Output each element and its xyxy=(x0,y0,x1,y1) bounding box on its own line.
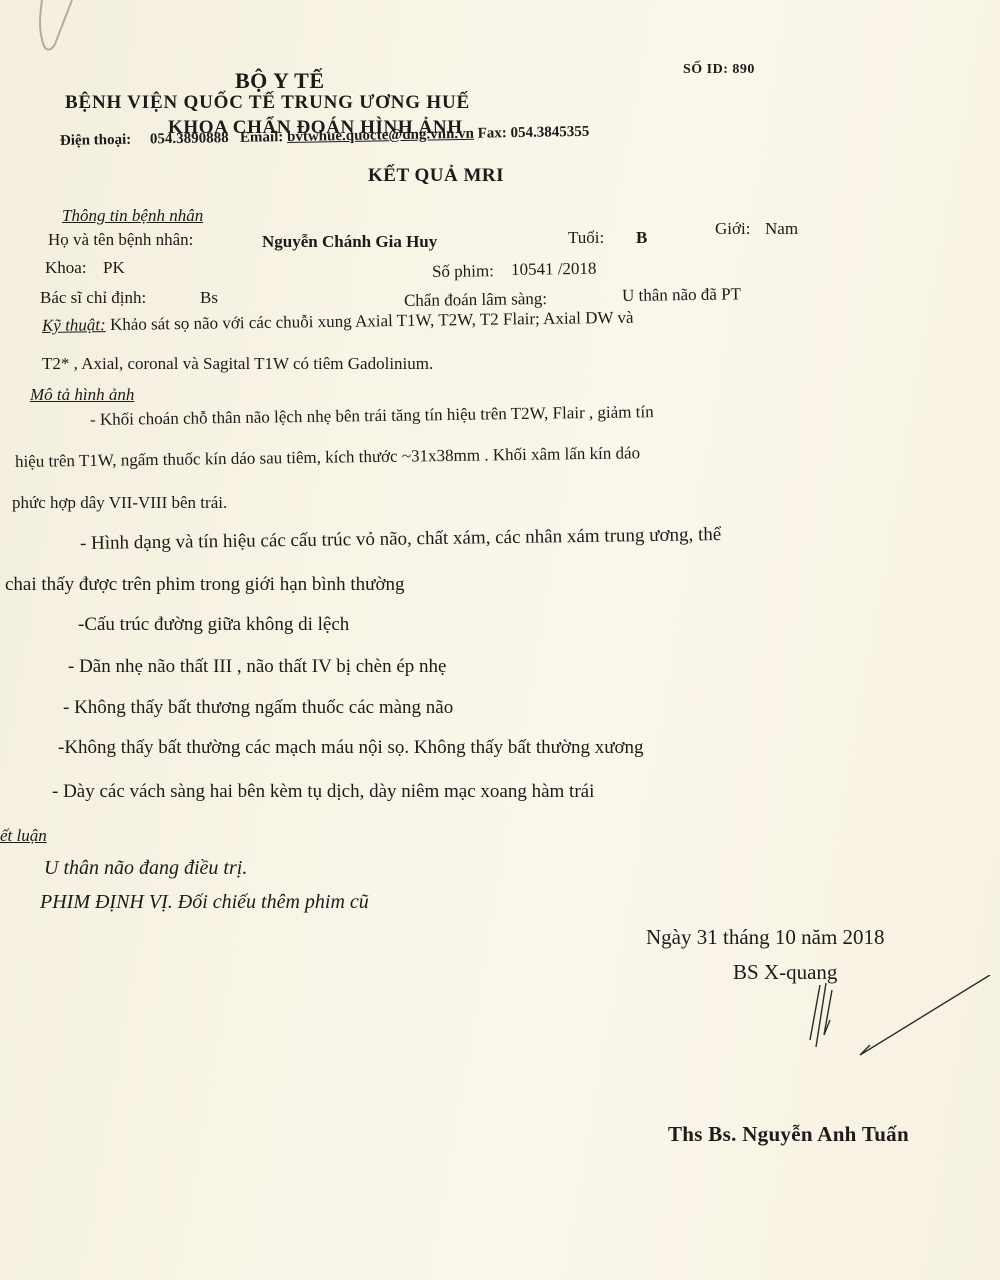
technique-text-1: Khảo sát sọ não với các chuỗi xung Axial… xyxy=(110,308,634,334)
description-line: hiệu trên T1W, ngấm thuốc kín dáo sau ti… xyxy=(15,443,640,472)
doctor-label: Bác sĩ chỉ định: xyxy=(40,288,146,308)
description-line: - Dãn nhẹ não thất III , não thất IV bị … xyxy=(68,656,446,678)
age-label: Tuổi: xyxy=(568,228,604,248)
pen-mark-icon xyxy=(30,0,90,55)
patient-section-title: Thông tin bệnh nhân xyxy=(62,206,203,226)
technique-line-1: Kỹ thuật: Khảo sát sọ não với các chuỗi … xyxy=(42,308,634,336)
id-value: 890 xyxy=(732,62,755,77)
conclusion-line-2: PHIM ĐỊNH VỊ. Đối chiếu thêm phim cũ xyxy=(40,891,369,914)
report-date: Ngày 31 tháng 10 năm 2018 xyxy=(646,925,885,950)
description-line: -Cấu trúc đường giữa không di lệch xyxy=(78,614,349,636)
gender-value: Nam xyxy=(765,219,798,239)
phone-label: Điện thoại: xyxy=(60,132,132,149)
description-line: - Khối choán chỗ thân não lệch nhẹ bên t… xyxy=(90,402,654,430)
diagnosis-value: U thân não đã PT xyxy=(622,284,741,306)
technique-label: Kỹ thuật: xyxy=(42,315,106,335)
age-value: B xyxy=(636,228,647,248)
description-line: chai thấy được trên phim trong giới hạn … xyxy=(5,574,405,596)
signature-icon xyxy=(790,975,1000,1065)
email-label: Email: xyxy=(240,129,284,146)
technique-line-2: T2* , Axial, coronal và Sagital T1W có t… xyxy=(42,354,433,374)
conclusion-line-1: U thân não đang điều trị. xyxy=(44,857,247,880)
patient-name: Nguyễn Chánh Gia Huy xyxy=(262,232,437,252)
description-line: - Dày các vách sàng hai bên kèm tụ dịch,… xyxy=(52,781,594,803)
film-label: Số phim: xyxy=(432,261,494,282)
dept-value: PK xyxy=(103,258,125,278)
film-value: 10541 /2018 xyxy=(511,259,597,280)
document-id: SỐ ID: 890 xyxy=(683,62,755,78)
description-line: phức hợp dây VII-VIII bên trái. xyxy=(12,493,227,513)
conclusion-section-title: ết luận xyxy=(0,826,47,846)
description-line: -Không thấy bất thường các mạch máu nội … xyxy=(58,737,644,759)
description-section-title: Mô tả hình ảnh xyxy=(30,385,134,405)
id-label: SỐ ID: xyxy=(683,62,728,77)
gender-label: Giới: xyxy=(715,219,750,239)
signer-name: Ths Bs. Nguyễn Anh Tuấn xyxy=(668,1122,909,1147)
phone-number: 054.3890888 xyxy=(150,130,229,147)
fax-label: Fax: xyxy=(478,125,507,142)
description-line: - Không thấy bất thương ngấm thuốc các m… xyxy=(63,697,453,719)
email-link[interactable]: bvtwhue.quocte@dng.vnn.vn xyxy=(287,126,474,145)
report-title: KẾT QUẢ MRI xyxy=(368,165,504,187)
fax-number: 054.3845355 xyxy=(510,124,589,141)
patient-name-label: Họ và tên bệnh nhân: xyxy=(48,230,193,250)
ministry-title: BỘ Y TẾ xyxy=(235,68,325,94)
doctor-value: Bs xyxy=(200,288,218,308)
dept-label: Khoa: xyxy=(45,258,87,278)
contact-line: Điện thoại: 054.3890888 Email: bvtwhue.q… xyxy=(60,124,590,150)
hospital-title: BỆNH VIỆN QUỐC TẾ TRUNG ƯƠNG HUẾ xyxy=(65,92,470,114)
description-line: - Hình dạng và tín hiệu các cấu trúc vỏ … xyxy=(80,524,722,555)
diagnosis-label: Chẩn đoán lâm sàng: xyxy=(404,289,547,311)
